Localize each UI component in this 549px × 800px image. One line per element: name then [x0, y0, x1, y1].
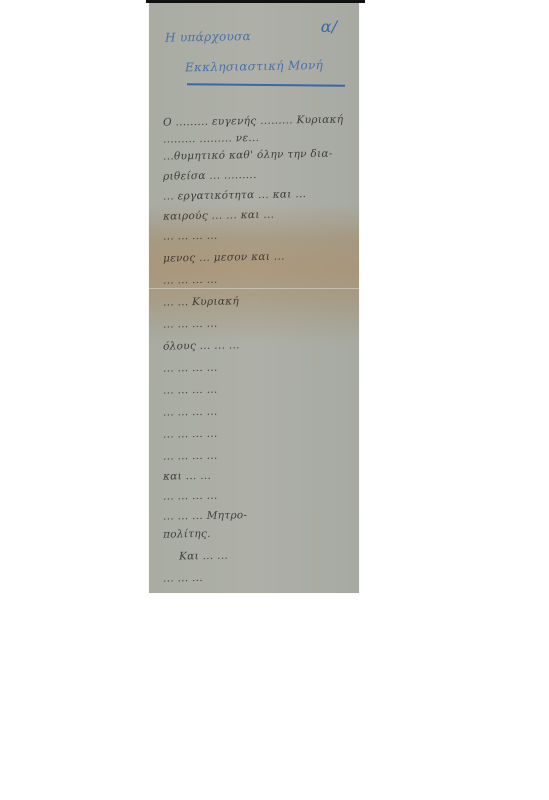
body-line: ... ... ... ...	[163, 487, 349, 502]
body-line: ... ... ... ...	[163, 227, 349, 242]
body-line: ...θυμητικό καθ' όλην την δια-	[163, 147, 349, 162]
header-line-2: Εκκλησιαστική Μονή	[185, 58, 349, 75]
body-line: ... εργατικότητα ... και ...	[163, 187, 349, 202]
body-line: και ... ...	[163, 467, 349, 482]
body-line: ... ... ... ...	[163, 447, 349, 462]
fold-crease	[149, 288, 359, 289]
body-line: ... ... Κυριακή	[163, 293, 349, 308]
body-line: ... ... ... ...	[163, 359, 349, 374]
body-line: ... ... ... ...	[163, 425, 349, 440]
body-line: ......... ......... νε...	[163, 130, 349, 145]
body-line: όλους ... ... ...	[163, 337, 349, 352]
body-line: ... ... ...	[163, 569, 349, 584]
body-line: ... ... ... ...	[163, 315, 349, 330]
body-line: καιρούς ... ... και ...	[163, 207, 349, 222]
body-line: ... ... ... ...	[163, 403, 349, 418]
letter-page: α/ Η υπάρχουσα Εκκλησιαστική Μονή Ο ....…	[149, 3, 359, 593]
body-line: ... ... ... ...	[163, 381, 349, 396]
body-line: ριθείσα ... .........	[163, 167, 349, 182]
body-line: Και ... ...	[179, 548, 349, 563]
body-line: μενος ... μεσον και ...	[163, 249, 349, 264]
body-line: πολίτης.	[163, 525, 349, 540]
body-line: ... ... ... Μητρο-	[163, 507, 349, 522]
header-underline	[187, 83, 345, 86]
body-line: ... ... ... ...	[163, 271, 349, 286]
header-line-1: Η υπάρχουσα	[165, 27, 349, 44]
body-line: Ο ......... ευγενής ......... Κυριακή	[163, 113, 349, 128]
